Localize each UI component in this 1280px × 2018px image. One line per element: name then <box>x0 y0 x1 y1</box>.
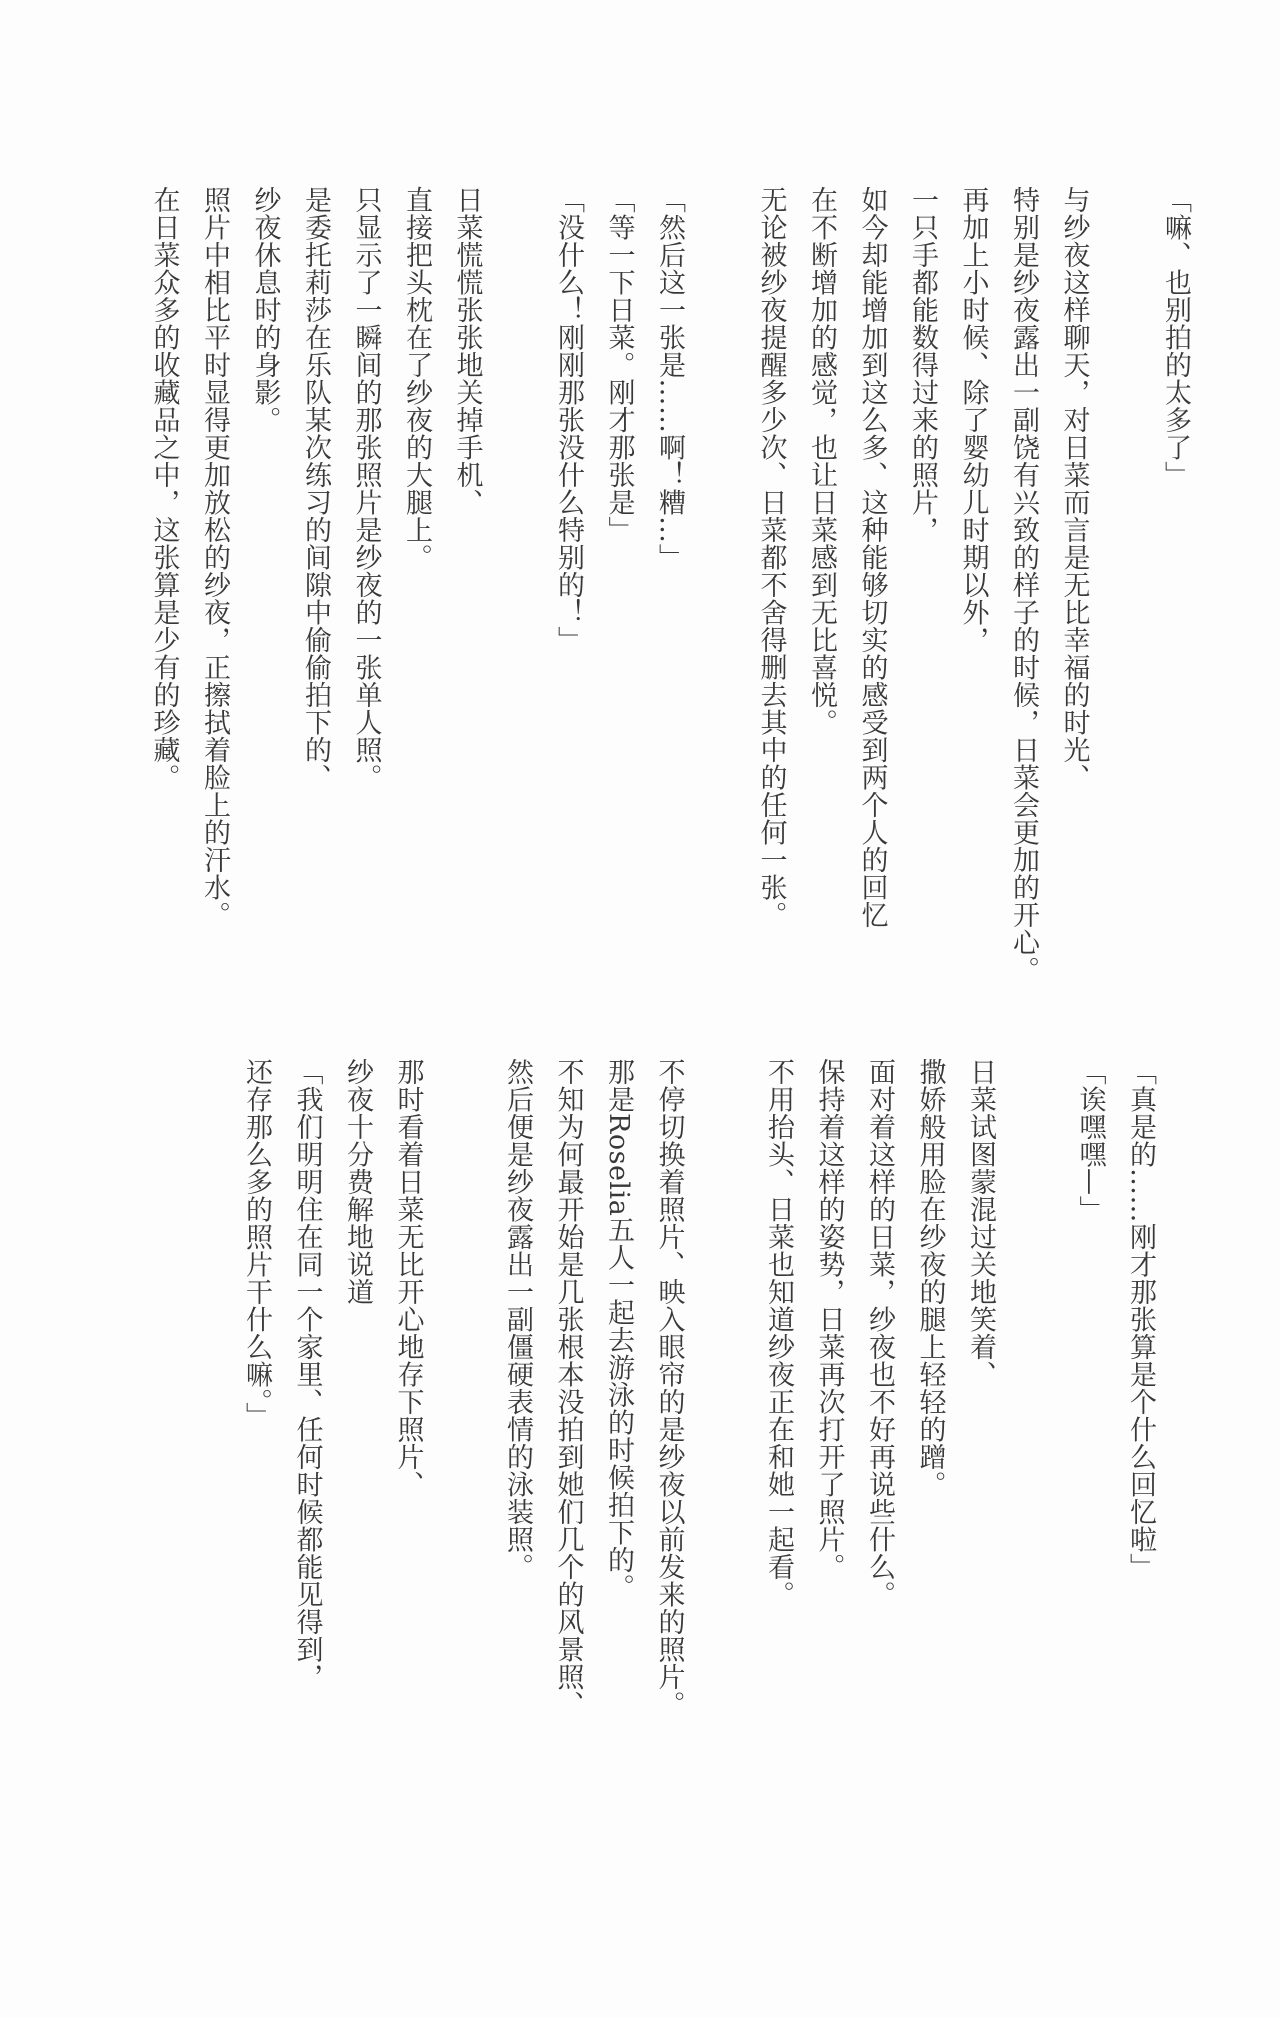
text-column: 「我们明明住在同一个家里、任何时候都能见得到， <box>281 1058 332 1748</box>
text-column: 在不断增加的感觉，也让日菜感到无比喜悦。 <box>796 186 847 1006</box>
text-column: 撒娇般用脸在纱夜的腿上轻轻的蹭。 <box>904 1058 955 1748</box>
text-column: 不用抬头、日菜也知道纱夜正在和她一起看。 <box>753 1058 804 1748</box>
text-column: 那是Roselia五人一起去游泳的时候拍下的。 <box>593 1058 644 1748</box>
text-column: 与纱夜这样聊天，对日菜而言是无比幸福的时光、 <box>1048 186 1099 1006</box>
text-column: 「没什么！刚刚那张没什么特别的！」 <box>543 186 594 1006</box>
text-column: 那时看着日菜无比开心地存下照片、 <box>382 1058 433 1748</box>
text-column: 直接把头枕在了纱夜的大腿上。 <box>391 186 442 1006</box>
novel-page-sheet: 「嘛、也别拍的太多了」 与纱夜这样聊天，对日菜而言是无比幸福的时光、 特别是纱夜… <box>0 0 1280 2018</box>
text-column: 纱夜十分费解地说道 <box>332 1058 383 1748</box>
text-column: 照片中相比平时显得更加放松的纱夜，正擦拭着脸上的汗水。 <box>189 186 240 1006</box>
text-column: 「然后这一张是……啊！糟…」 <box>644 186 695 1006</box>
text-column: 如今却能增加到这么多、这种能够切实的感受到两个人的回忆 <box>846 186 897 1006</box>
text-column: 保持着这样的姿势，日菜再次打开了照片。 <box>803 1058 854 1748</box>
text-column: 在日菜众多的收藏品之中，这张算是少有的珍藏。 <box>138 186 189 1006</box>
text-column: 面对着这样的日菜，纱夜也不好再说些什么。 <box>854 1058 905 1748</box>
text-column: 「诶嘿嘿—」 <box>1064 1058 1115 1748</box>
text-column: 纱夜休息时的身影。 <box>239 186 290 1006</box>
text-column: 无论被纱夜提醒多少次、日菜都不舍得删去其中的任何一张。 <box>745 186 796 1006</box>
text-column: 一只手都能数得过来的照片， <box>897 186 948 1006</box>
text-column: 「等一下日菜。刚才那张是」 <box>593 186 644 1006</box>
text-column: 只显示了一瞬间的那张照片是纱夜的一张单人照。 <box>340 186 391 1006</box>
vertical-text-block-top: 「嘛、也别拍的太多了」 与纱夜这样聊天，对日菜而言是无比幸福的时光、 特别是纱夜… <box>138 186 1200 1006</box>
text-column: 「嘛、也别拍的太多了」 <box>1150 186 1201 1006</box>
text-column: 日菜慌慌张张地关掉手机、 <box>441 186 492 1006</box>
text-column: 是委托莉莎在乐队某次练习的间隙中偷偷拍下的、 <box>290 186 341 1006</box>
text-column: 日菜试图蒙混过关地笑着、 <box>955 1058 1006 1748</box>
text-column: 还存那么多的照片干什么嘛。」 <box>231 1058 282 1748</box>
text-column: 不停切换着照片、映入眼帘的是纱夜以前发来的照片。 <box>643 1058 694 1748</box>
text-column: 再加上小时候、除了婴幼儿时期以外， <box>947 186 998 1006</box>
text-column: 特别是纱夜露出一副饶有兴致的样子的时候，日菜会更加的开心。 <box>998 186 1049 1006</box>
text-column: 「真是的……刚才那张算是个什么回忆啦」 <box>1115 1058 1166 1748</box>
vertical-text-block-bottom: 「真是的……刚才那张算是个什么回忆啦」 「诶嘿嘿—」 日菜试图蒙混过关地笑着、 … <box>231 1058 1166 1748</box>
text-column: 不知为何最开始是几张根本没拍到她们几个的风景照、 <box>542 1058 593 1748</box>
document-page: { "page": { "background_color": "#fdfdfd… <box>0 0 1280 2018</box>
text-column: 然后便是纱夜露出一副僵硬表情的泳装照。 <box>492 1058 543 1748</box>
